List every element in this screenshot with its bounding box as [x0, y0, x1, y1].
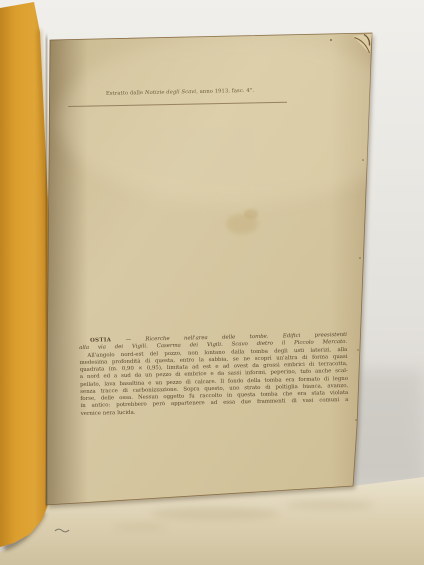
caption-suffix: , anno 1913, fasc. 4°.: [196, 88, 254, 95]
gutter-crease: [46, 36, 47, 506]
book-photo: Estratto dalle Notizie degli Scavi, anno…: [0, 0, 424, 565]
photo-artwork: [0, 0, 424, 565]
caption-prefix: Estratto dalle: [106, 90, 145, 97]
caption-journal-title: Notizie degli Scavi: [145, 89, 196, 96]
article-place-name: OSTIA: [90, 337, 111, 343]
book-page: [44, 28, 410, 510]
article-text: OSTIA — Ricerche nell'area delle tombe. …: [79, 332, 349, 418]
